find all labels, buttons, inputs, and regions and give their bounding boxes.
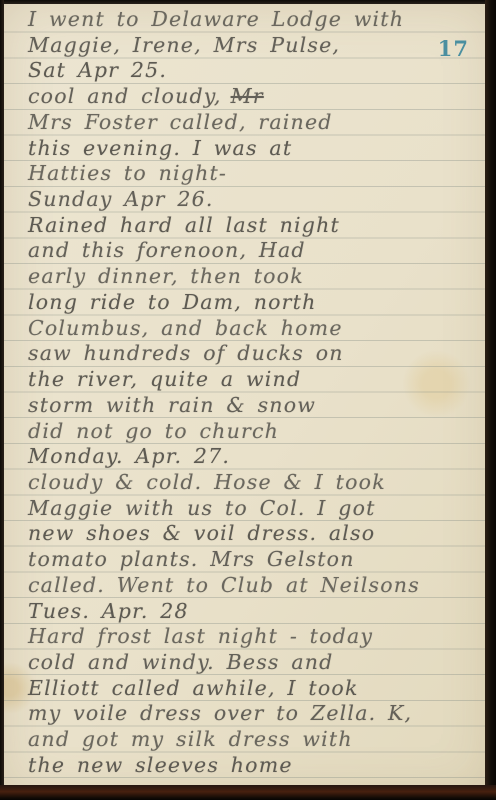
diary-line: and this forenoon, Had bbox=[28, 238, 479, 264]
diary-line: saw hundreds of ducks on bbox=[28, 341, 479, 367]
diary-line: Maggie, Irene, Mrs Pulse, bbox=[28, 33, 479, 59]
diary-line: cold and windy. Bess and bbox=[28, 650, 479, 676]
diary-line: Hatties to night- bbox=[28, 161, 479, 187]
notebook-page: 17 I went to Delaware Lodge with Maggie,… bbox=[0, 0, 496, 800]
diary-line: cloudy & cold. Hose & I took bbox=[28, 470, 479, 496]
diary-line: cool and cloudy,Mr bbox=[28, 84, 479, 110]
cover-edge-top bbox=[0, 0, 496, 4]
cover-edge-left bbox=[0, 0, 4, 800]
diary-line: Maggie with us to Col. I got bbox=[28, 496, 479, 522]
diary-line: this evening. I was at bbox=[28, 136, 479, 162]
diary-line: my voile dress over to Zella. K, bbox=[28, 701, 479, 727]
diary-line-date: Tues. Apr. 28 bbox=[28, 599, 479, 625]
diary-line: new shoes & voil dress. also bbox=[28, 521, 479, 547]
ruled-sheet: I went to Delaware Lodge with Maggie, Ir… bbox=[4, 4, 485, 785]
page-number: 17 bbox=[438, 36, 469, 61]
diary-line-date: Sunday Apr 26. bbox=[28, 187, 479, 213]
diary-line: called. Went to Club at Neilsons bbox=[28, 573, 479, 599]
diary-line: early dinner, then took bbox=[28, 264, 479, 290]
diary-line-date: Monday. Apr. 27. bbox=[28, 444, 479, 470]
diary-line-text: cool and cloudy, bbox=[28, 84, 222, 108]
diary-line: long ride to Dam, north bbox=[28, 290, 479, 316]
diary-line: and got my silk dress with bbox=[28, 727, 479, 753]
diary-line: Mrs Foster called, rained bbox=[28, 110, 479, 136]
struck-word: Mr bbox=[231, 84, 264, 108]
diary-line: Hard frost last night - today bbox=[28, 624, 479, 650]
diary-line-date: Sat Apr 25. bbox=[28, 58, 479, 84]
diary-line: Columbus, and back home bbox=[28, 316, 479, 342]
diary-line: Rained hard all last night bbox=[28, 213, 479, 239]
diary-line: Elliott called awhile, I took bbox=[28, 676, 479, 702]
diary-line: I went to Delaware Lodge with bbox=[28, 7, 479, 33]
diary-line: tomato plants. Mrs Gelston bbox=[28, 547, 479, 573]
cover-edge-right bbox=[485, 0, 496, 800]
diary-line: the river, quite a wind bbox=[28, 367, 479, 393]
cover-edge-bottom bbox=[0, 785, 496, 800]
diary-line: did not go to church bbox=[28, 419, 479, 445]
diary-line: the new sleeves home bbox=[28, 753, 479, 779]
diary-line: storm with rain & snow bbox=[28, 393, 479, 419]
